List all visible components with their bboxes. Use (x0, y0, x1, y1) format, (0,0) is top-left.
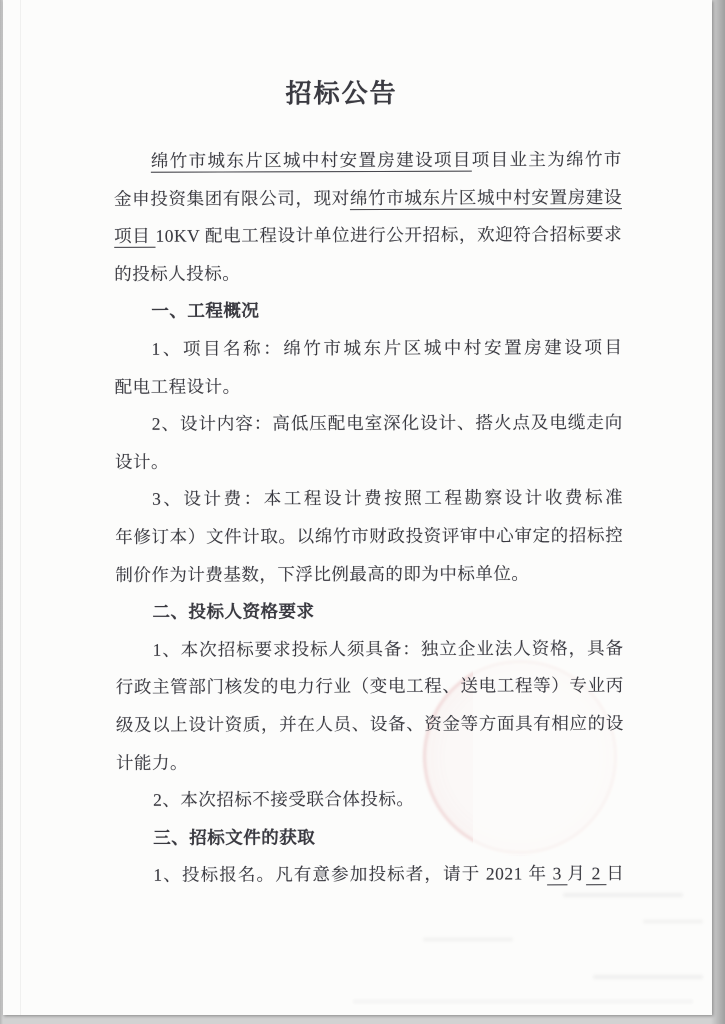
text-segment: 一、工程概况 (151, 301, 259, 321)
text-segment: 10KV 配电工程设计单位进行公开招标，欢迎符合招标要求 (155, 224, 622, 246)
scan-noise (563, 893, 683, 897)
scan-noise (353, 1000, 693, 1003)
underlined-text: 绵竹市城东片区城中村安置房建设 (350, 187, 622, 208)
scan-noise (423, 938, 513, 941)
text-line: 年修订本）文件计取。以绵竹市财政投资评审中心审定的招标控 (115, 517, 623, 556)
section-heading: 三、招标文件的获取 (116, 818, 624, 857)
underlined-text: 2 (586, 863, 606, 883)
section-heading: 一、工程概况 (114, 291, 622, 330)
scanned-page-background: 招标公告 绵竹市城东片区城中村安置房建设项目项目业主为绵竹市金申投资集团有限公司… (0, 0, 725, 1024)
text-line: 的投标人投标。 (114, 254, 622, 293)
text-segment: 金申投资集团有限公司，现对 (114, 188, 350, 209)
section-heading: 二、投标人资格要求 (115, 592, 623, 631)
text-line: 级及以上设计资质，并在人员、设备、资金等方面具有相应的设 (116, 705, 624, 744)
underlined-text: 绵竹市城东片区城中村安置房建设项目 (151, 150, 472, 171)
text-segment: 日 (606, 863, 624, 883)
text-segment: 行政主管部门核发的电力行业（变电工程、送电工程等）专业丙 (116, 675, 624, 697)
text-line: 计能力。 (116, 743, 624, 782)
text-line: 1、项目名称：绵竹市城东片区城中村安置房建设项目 10KV (114, 329, 622, 368)
text-segment: 计能力。 (116, 752, 188, 772)
text-line: 一、工程概况 (114, 291, 622, 330)
text-line: 绵竹市城东片区城中村安置房建设项目项目业主为绵竹市 (114, 141, 622, 180)
text-segment: 配电工程设计。 (115, 376, 241, 396)
document-title: 招标公告 (88, 75, 596, 113)
text-segment: 三、招标文件的获取 (153, 827, 315, 848)
text-line: 1、本次招标要求投标人须具备：独立企业法人资格，具备 (116, 630, 624, 669)
text-segment: 级及以上设计资质，并在人员、设备、资金等方面具有相应的设 (116, 713, 624, 735)
text-line: 3、设计费：本工程设计费按照工程勘察设计收费标准（2002 (115, 479, 623, 518)
underlined-text: 项目 (114, 226, 155, 246)
text-segment: 设计。 (115, 451, 169, 471)
text-line: 制价作为计费基数，下浮比例最高的即为中标单位。 (115, 555, 623, 594)
text-segment: 项目业主为绵竹市 (472, 149, 622, 170)
text-segment: 的投标人投标。 (114, 263, 240, 283)
text-segment: 制价作为计费基数，下浮比例最高的即为中标单位。 (115, 563, 529, 584)
text-segment: 二、投标人资格要求 (152, 601, 314, 622)
paragraph: 3、设计费：本工程设计费按照工程勘察设计收费标准（2002年修订本）文件计取。以… (115, 479, 623, 594)
text-segment: 年修订本）文件计取。以绵竹市财政投资评审中心审定的招标控 (115, 525, 623, 547)
paper-sheet: 招标公告 绵竹市城东片区城中村安置房建设项目项目业主为绵竹市金申投资集团有限公司… (3, 0, 712, 1015)
paragraph: 1、本次招标要求投标人须具备：独立企业法人资格，具备行政主管部门核发的电力行业（… (116, 630, 625, 782)
underlined-text: 3 (547, 864, 567, 884)
text-segment: 1、投标报名。凡有意参加投标者，请于 2021 年 (153, 864, 547, 885)
text-line: 三、招标文件的获取 (116, 818, 624, 857)
text-line: 2、设计内容：高低压配电室深化设计、搭火点及电缆走向 (115, 404, 623, 443)
text-line: 1、投标报名。凡有意参加投标者，请于 2021 年 3 月 2 日 (116, 855, 624, 894)
text-segment: 月 (567, 864, 586, 884)
scan-crease-line (20, 0, 21, 1015)
text-segment: 2、本次招标不接受联合体投标。 (153, 789, 414, 810)
scan-noise (643, 920, 703, 923)
text-line: 行政主管部门核发的电力行业（变电工程、送电工程等）专业丙 (116, 667, 624, 706)
paragraph: 1、项目名称：绵竹市城东片区城中村安置房建设项目 10KV配电工程设计。 (114, 329, 622, 406)
text-line: 配电工程设计。 (115, 367, 623, 406)
text-segment: 1、项目名称：绵竹市城东片区城中村安置房建设项目 10KV (115, 337, 623, 368)
paragraph: 2、本次招标不接受联合体投标。 (116, 780, 624, 819)
text-segment: 2、设计内容：高低压配电室深化设计、搭火点及电缆走向 (152, 412, 623, 434)
text-line: 设计。 (115, 442, 623, 481)
paragraph: 1、投标报名。凡有意参加投标者，请于 2021 年 3 月 2 日 (116, 855, 624, 894)
paragraph: 2、设计内容：高低压配电室深化设计、搭火点及电缆走向设计。 (115, 404, 623, 481)
document-content: 招标公告 绵竹市城东片区城中村安置房建设项目项目业主为绵竹市金申投资集团有限公司… (114, 75, 625, 895)
text-segment: 3、设计费：本工程设计费按照工程勘察设计收费标准（2002 (115, 487, 623, 518)
paragraph: 绵竹市城东片区城中村安置房建设项目项目业主为绵竹市金申投资集团有限公司，现对绵竹… (114, 141, 623, 293)
text-line: 金申投资集团有限公司，现对绵竹市城东片区城中村安置房建设 (114, 179, 622, 218)
text-segment: 1、本次招标要求投标人须具备：独立企业法人资格，具备 (153, 638, 624, 660)
text-line: 2、本次招标不接受联合体投标。 (116, 780, 624, 819)
document-blocks: 绵竹市城东片区城中村安置房建设项目项目业主为绵竹市金申投资集团有限公司，现对绵竹… (114, 141, 625, 895)
text-line: 二、投标人资格要求 (115, 592, 623, 631)
text-line: 项目 10KV 配电工程设计单位进行公开招标，欢迎符合招标要求 (114, 216, 622, 255)
scan-noise (593, 975, 703, 979)
